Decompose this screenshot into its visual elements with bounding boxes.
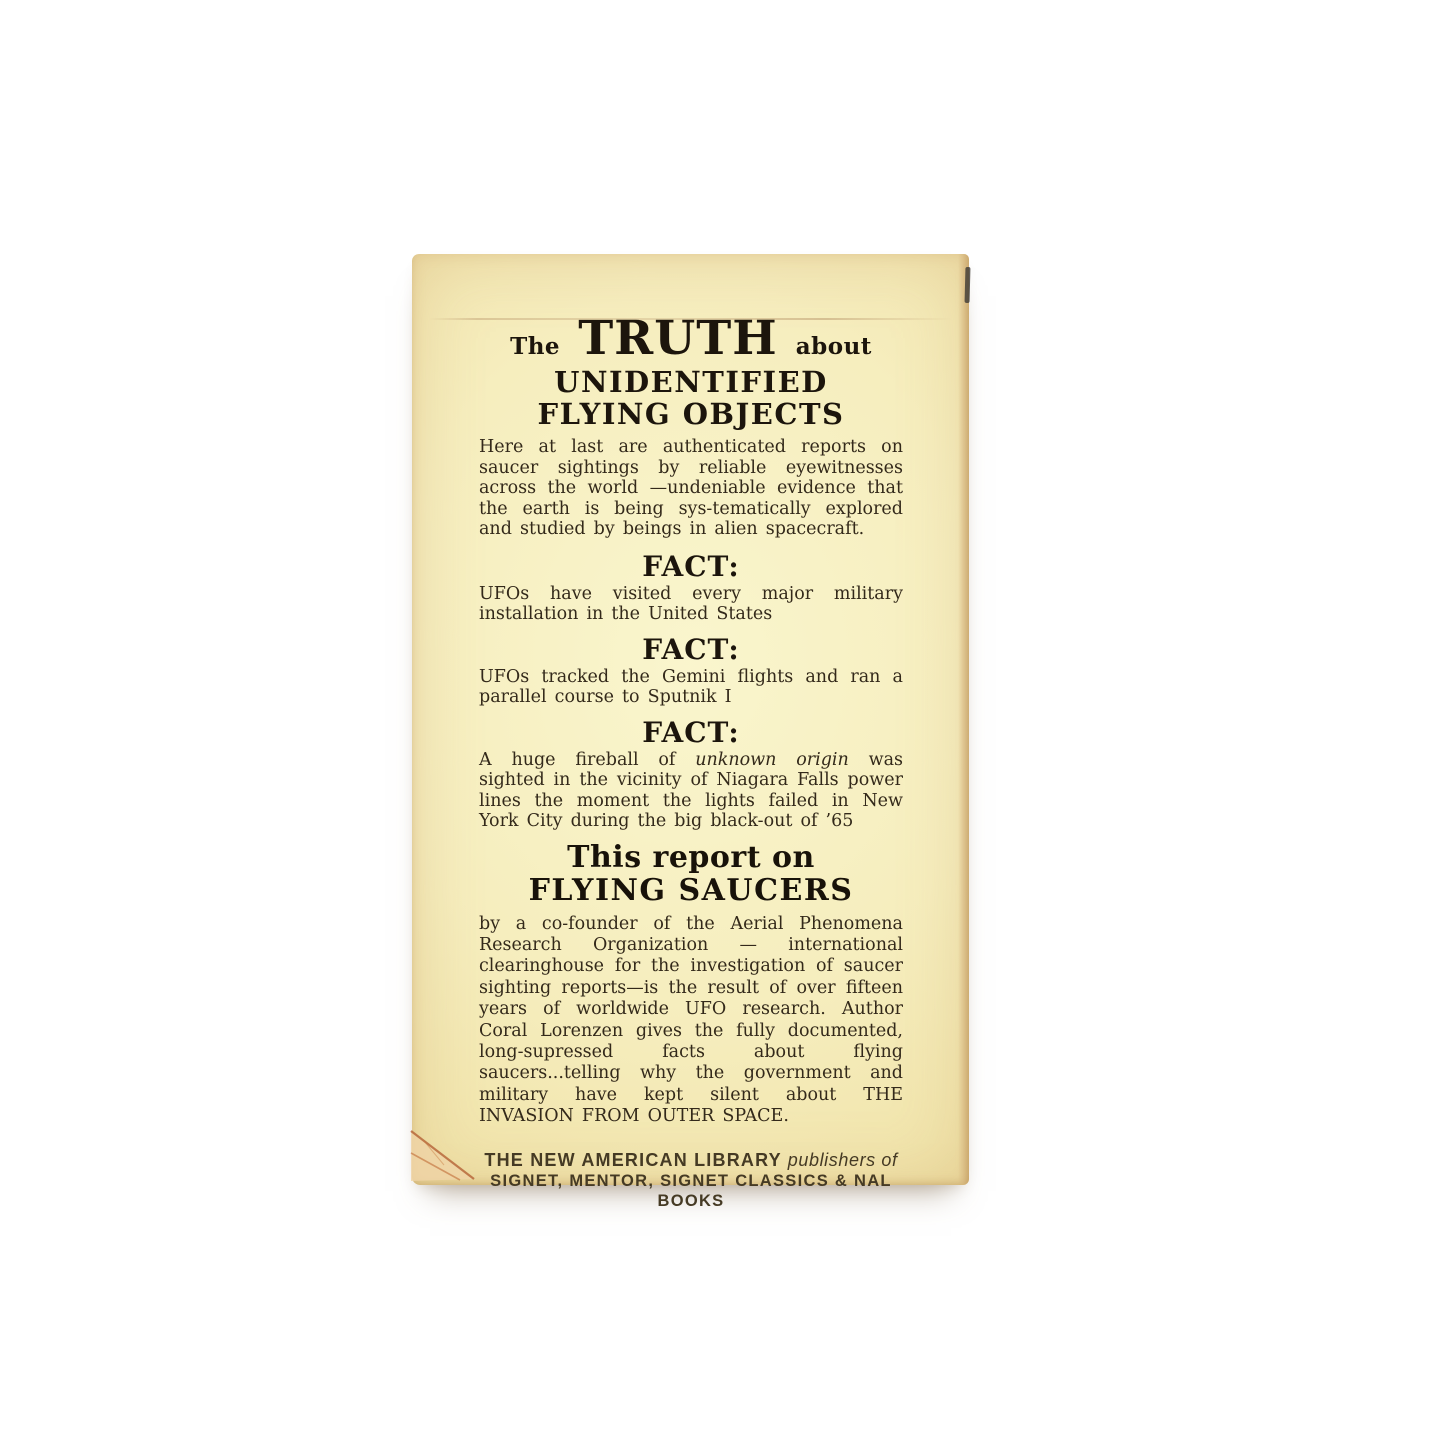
fact-3-text-pre: A huge fireball of xyxy=(479,750,695,770)
title-prefix: The xyxy=(510,333,560,360)
photo-background: The TRUTH about UNIDENTIFIED FLYING OBJE… xyxy=(0,0,1445,1445)
publisher-line-2: SIGNET, MENTOR, SIGNET CLASSICS & NAL BO… xyxy=(479,1171,903,1211)
intro-paragraph: Here at last are authenticated reports o… xyxy=(479,437,903,540)
title-main-word: TRUTH xyxy=(571,311,784,366)
publisher-block: THE NEW AMERICAN LIBRARY publishers of S… xyxy=(479,1149,903,1211)
fact-1-heading: FACT: xyxy=(479,550,903,584)
fact-2-text: UFOs tracked the Gemini flights and ran … xyxy=(479,667,903,708)
fact-3-heading: FACT: xyxy=(479,716,903,750)
cover-title: The TRUTH about xyxy=(479,316,903,366)
publisher-line-1: THE NEW AMERICAN LIBRARY publishers of xyxy=(479,1149,903,1171)
title-suffix: about xyxy=(796,333,872,360)
fact-3-text: A huge fireball of unknown origin was si… xyxy=(479,750,903,832)
book-back-cover: The TRUTH about UNIDENTIFIED FLYING OBJE… xyxy=(412,254,969,1185)
report-heading-line1: This report on xyxy=(479,841,903,874)
fact-2-heading: FACT: xyxy=(479,633,903,667)
title-line-flying-objects: FLYING OBJECTS xyxy=(479,398,903,430)
cover-content: The TRUTH about UNIDENTIFIED FLYING OBJE… xyxy=(412,254,969,1185)
report-heading-line2: FLYING SAUCERS xyxy=(479,874,903,907)
publisher-name: THE NEW AMERICAN LIBRARY xyxy=(484,1150,787,1170)
publisher-tagline: publishers of xyxy=(788,1150,898,1170)
fact-3-text-italic: unknown origin xyxy=(695,750,849,770)
title-line-unidentified: UNIDENTIFIED xyxy=(479,366,903,398)
fact-1-text: UFOs have visited every major military i… xyxy=(479,584,903,625)
body-paragraph: by a co-founder of the Aerial Phenomena … xyxy=(479,914,903,1128)
